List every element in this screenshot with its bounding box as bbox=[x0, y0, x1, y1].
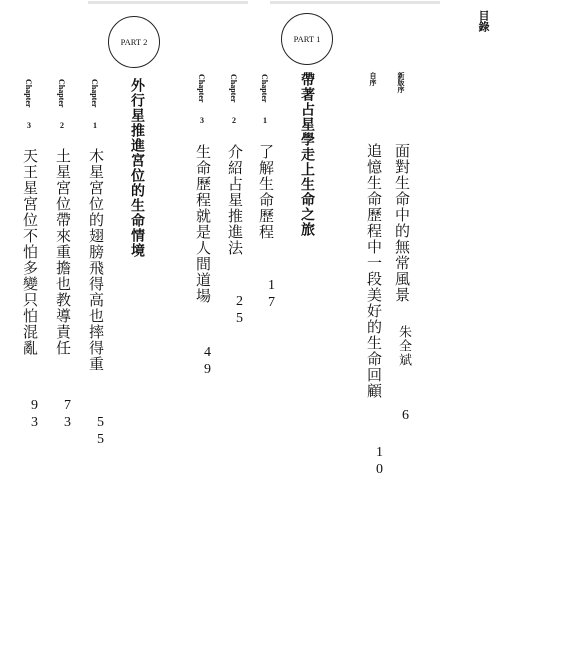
chapter-title[interactable]: 土星宮位帶來重擔也教導責任 bbox=[55, 148, 70, 356]
chapter-title[interactable]: 介紹占星推進法 bbox=[227, 144, 242, 256]
page-number: 93 bbox=[27, 398, 41, 432]
entry-preface[interactable]: 追憶生命歷程中一段美好的生命回顧 bbox=[366, 143, 381, 399]
page-number: 10 bbox=[372, 445, 386, 479]
scan-bleed bbox=[88, 1, 248, 4]
page-number: 55 bbox=[93, 415, 107, 449]
chapter-label: Chapter bbox=[24, 79, 32, 107]
part-2-badge: PART 2 bbox=[108, 16, 160, 68]
chapter-number: 2 bbox=[229, 116, 239, 125]
front-label-new-preface: 新版序 bbox=[398, 72, 405, 93]
scan-bleed bbox=[330, 1, 440, 4]
chapter-title[interactable]: 生命歷程就是人間道場 bbox=[195, 144, 210, 304]
chapter-title[interactable]: 天王星宮位不怕多變只怕混亂 bbox=[22, 148, 37, 356]
chapter-label: Chapter bbox=[260, 74, 268, 102]
chapter-label: Chapter bbox=[57, 79, 65, 107]
part-2-label: PART 2 bbox=[121, 37, 148, 47]
part-1-heading[interactable]: 帶著占星學走上生命之旅 bbox=[300, 72, 314, 237]
entry-author: 朱全斌 bbox=[397, 325, 410, 367]
entry-new-preface[interactable]: 面對生命中的無常風景 bbox=[394, 143, 409, 303]
chapter-number: 1 bbox=[260, 116, 270, 125]
chapter-number: 3 bbox=[197, 116, 207, 125]
chapter-label: Chapter bbox=[90, 79, 98, 107]
chapter-title[interactable]: 了解生命歷程 bbox=[258, 144, 273, 240]
part-1-badge: PART 1 bbox=[281, 13, 333, 65]
page-number: 6 bbox=[398, 408, 412, 425]
page-number: 49 bbox=[200, 345, 214, 379]
part-2-heading[interactable]: 外行星推進宮位的生命情境 bbox=[130, 78, 144, 258]
toc-title: 目錄 bbox=[478, 10, 489, 32]
chapter-title[interactable]: 木星宮位的翅膀飛得高也摔得重 bbox=[88, 148, 103, 372]
page-number: 25 bbox=[232, 294, 246, 328]
chapter-label: Chapter bbox=[197, 74, 205, 102]
chapter-label: Chapter bbox=[229, 74, 237, 102]
part-1-label: PART 1 bbox=[294, 34, 321, 44]
chapter-number: 2 bbox=[57, 121, 67, 130]
page-number: 73 bbox=[60, 398, 74, 432]
chapter-number: 1 bbox=[90, 121, 100, 130]
chapter-number: 3 bbox=[24, 121, 34, 130]
front-label-preface: 自序 bbox=[370, 72, 377, 86]
page-number: 17 bbox=[264, 278, 278, 312]
